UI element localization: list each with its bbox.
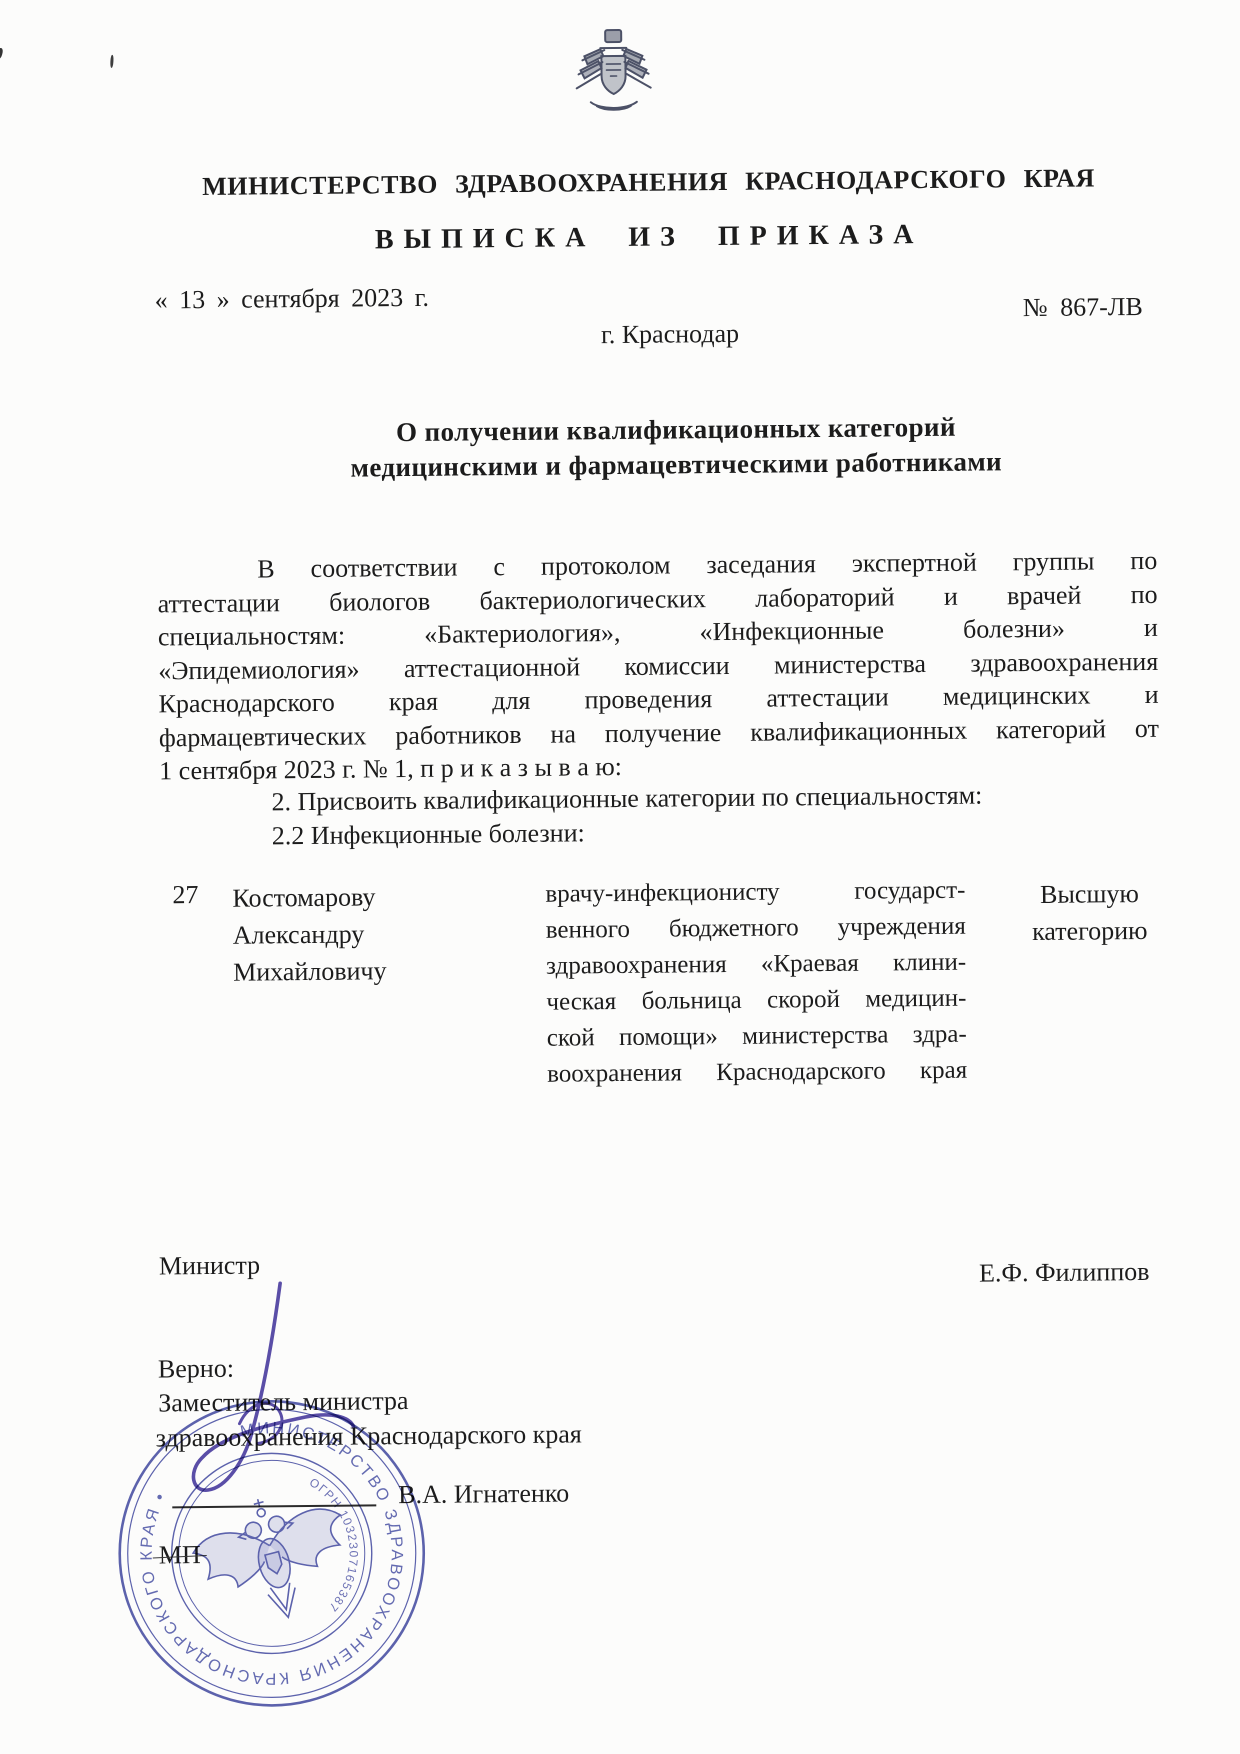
position-description: врачу-инфекционисту государст- венного б… (545, 873, 967, 1093)
position-line: ской помощи» министерства здра- (547, 1017, 967, 1057)
scan-artifact-speck (0, 47, 4, 59)
awardee-name-line: Александру (233, 915, 463, 954)
handwritten-signature (152, 1264, 435, 1537)
document-page: МИНИСТЕРСТВО ЗДРАВООХРАНЕНИЯ КРАСНОДАРСК… (0, 0, 1240, 1754)
category-awarded: Высшую категорию (1000, 875, 1179, 951)
awardee-name-line: Михайловичу (233, 952, 463, 991)
subject-line-1: О получении квалификационных категорий (146, 409, 1206, 450)
minister-name: Е.Ф. Филиппов (979, 1257, 1150, 1289)
subject-line-2: медицинскими и фармацевтическими работни… (146, 444, 1206, 485)
body-paragraph: В соответствии с протоколом заседания эк… (157, 544, 1159, 788)
date-line: « 13 » сентября 2023 г. (155, 283, 429, 316)
awardee-name-line: Костомарову (232, 878, 462, 917)
order-item-1: 2. Присвоить квалификационные категории … (271, 781, 982, 818)
position-line: здравоохранения «Краевая клини- (546, 945, 966, 985)
arms-shield (601, 56, 625, 94)
city-line: г. Краснодар (140, 314, 1200, 354)
arms-crown (605, 30, 621, 42)
position-line: воохранения Краснодарского края (547, 1053, 967, 1093)
scan-artifact-tick (110, 55, 114, 68)
category-line: Высшую (1000, 875, 1178, 914)
ministry-header: МИНИСТЕРСТВО ЗДРАВООХРАНЕНИЯ КРАСНОДАРСК… (113, 163, 1183, 203)
position-line: венного бюджетного учреждения (546, 909, 966, 949)
category-line: категорию (1001, 912, 1179, 951)
order-item-2: 2.2 Инфекционные болезни: (272, 818, 585, 851)
position-line: врачу-инфекционисту государст- (545, 873, 965, 913)
document-type-title: ВЫПИСКА ИЗ ПРИКАЗА (114, 217, 1184, 259)
scan-content: МИНИСТЕРСТВО ЗДРАВООХРАНЕНИЯ КРАСНОДАРСК… (0, 0, 1240, 1754)
award-row-number: 27 (172, 880, 198, 910)
coat-of-arms-icon (570, 26, 657, 123)
awardee-name: Костомарову Александру Михайловичу (232, 878, 463, 991)
position-line: ческая больница скорой медицин- (546, 981, 966, 1021)
